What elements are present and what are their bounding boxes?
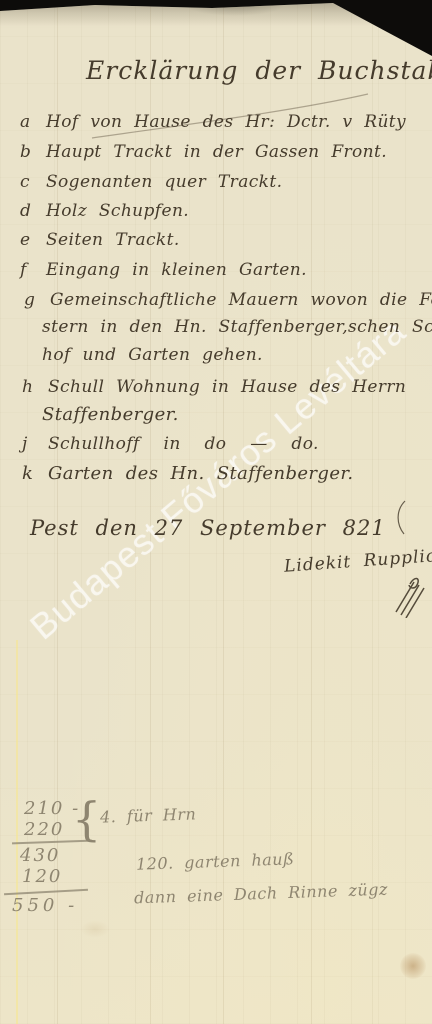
entry-line-g-cont: stern in den Hn. Staffenberger,schen Sch… [42, 317, 432, 337]
entry-letter: e [20, 230, 46, 250]
faint-stain [80, 920, 110, 938]
entry-line-h: hSchull Wohnung in Hause des Herrn [22, 377, 406, 397]
entry-line-e: eSeiten Trackt. [20, 230, 180, 250]
entry-line-g: gGemeinschaftliche Mauern wovon die Fen- [24, 290, 432, 310]
entry-letter: d [20, 201, 46, 221]
entry-line-d: dHolz Schupfen. [20, 201, 189, 221]
entry-line-c: cSogenanten quer Trackt. [20, 172, 282, 192]
entry-text: Schullhoff in do — do. [48, 434, 319, 454]
entry-letter: g [24, 290, 50, 310]
entry-text: Hof von Hause des Hr: Dctr. v Rüty [46, 112, 406, 132]
dateline: Pest den 27 September 821 [30, 516, 386, 540]
entry-text: Garten des Hn. Staffenberger. [48, 463, 354, 484]
entry-text: Holz Schupfen. [46, 201, 189, 221]
brown-spot-stain [400, 953, 426, 979]
pencil-brace: { [72, 796, 101, 842]
paper-bright-crease [16, 640, 18, 1024]
entry-line-j: jSchullhoff in do — do. [22, 434, 319, 454]
entry-letter: h [22, 377, 48, 397]
pencil-number-subtotal: 430 [20, 845, 60, 866]
paper-sheet: Budapest Főváros Levéltára Ercklärung de… [0, 0, 432, 1024]
archival-scan: Budapest Főváros Levéltára Ercklärung de… [0, 0, 432, 1024]
entry-line-f: fEingang in kleinen Garten. [20, 260, 307, 280]
entry-letter: k [22, 463, 48, 484]
entry-line-g-cont: hof und Garten gehen. [42, 345, 263, 365]
entry-letter: b [20, 142, 46, 162]
entry-text: Gemeinschaftliche Mauern wovon die Fen- [50, 290, 432, 310]
entry-line-h-cont: Staffenberger. [42, 404, 179, 425]
entry-letter: j [22, 434, 48, 454]
entry-letter: a [20, 112, 46, 132]
entry-letter: f [20, 260, 46, 280]
entry-line-a: aHof von Hause des Hr: Dctr. v Rüty [20, 112, 406, 132]
signature-paraph-icon [390, 574, 428, 618]
entry-text: Haupt Trackt in der Gassen Front. [46, 142, 387, 162]
pencil-number-row3: 120 [22, 866, 62, 887]
entry-text: Seiten Trackt. [46, 230, 180, 250]
entry-line-k: kGarten des Hn. Staffenberger. [22, 463, 354, 484]
pencil-note-1: 4. für Hrn [100, 804, 197, 826]
entry-text: Eingang in kleinen Garten. [46, 260, 307, 280]
pencil-number-row2: 220 [24, 819, 64, 840]
entry-text: Schull Wohnung in Hause des Herrn [48, 377, 406, 397]
entry-text: Sogenanten quer Trackt. [46, 172, 282, 192]
entry-letter: c [20, 172, 46, 192]
pen-flourish-mark [393, 500, 409, 536]
pencil-number-total: 550 - [12, 895, 78, 916]
entry-line-b: bHaupt Trackt in der Gassen Front. [20, 142, 387, 162]
